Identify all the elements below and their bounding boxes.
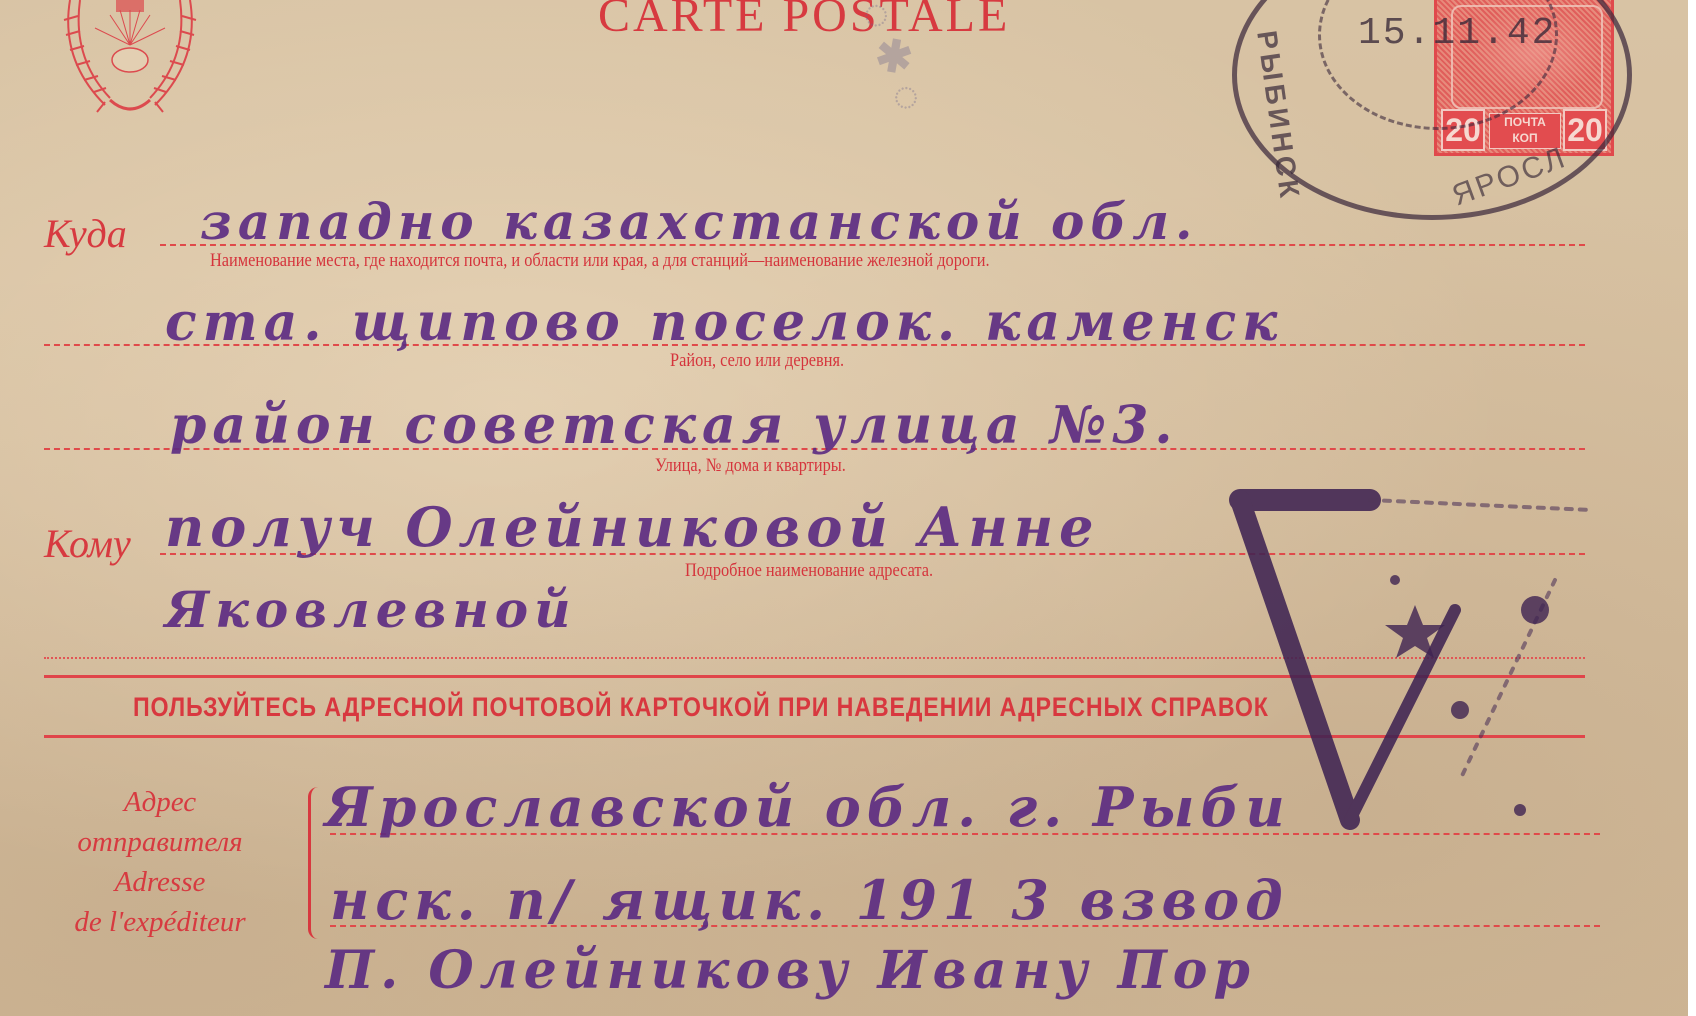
handwritten-line-4: получ Олейниковой Анне bbox=[165, 495, 1100, 559]
caption-line-4: Подробное наименование адресата. bbox=[685, 560, 933, 582]
sender-label: Адрес отправителя Adresse de l'expéditeu… bbox=[30, 782, 290, 942]
sender-label-fr-2: de l'expéditeur bbox=[30, 902, 290, 942]
handwritten-line-2: ста. щипово поселок. каменск bbox=[165, 292, 1283, 353]
sender-handwritten-1: Ярославской обл. г. Рыби bbox=[325, 775, 1291, 839]
banner-text: ПОЛЬЗУЙТЕСЬ АДРЕСНОЙ ПОЧТОВОЙ КАРТОЧКОЙ … bbox=[133, 692, 1269, 723]
sender-brace bbox=[308, 787, 325, 939]
handwritten-line-5: Яковлевной bbox=[165, 580, 577, 639]
sender-label-ru-2: отправителя bbox=[30, 822, 290, 862]
ussr-coat-of-arms-icon bbox=[50, 0, 210, 130]
handwritten-line-1: западно казахстанской обл. bbox=[200, 192, 1198, 251]
triangle-censor-stamp-icon bbox=[1220, 480, 1600, 840]
sender-handwritten-3: П. Олейникову Ивану Пор bbox=[325, 940, 1256, 1001]
postmark-date: 15.11.42 bbox=[1358, 12, 1556, 55]
sender-label-fr-1: Adresse bbox=[30, 862, 290, 902]
handwritten-line-3: район советская улица №3. bbox=[170, 395, 1179, 456]
caption-line-2: Район, село или деревня. bbox=[670, 350, 844, 372]
whom-label: Кому bbox=[44, 520, 131, 567]
caption-line-1: Наименование места, где находится почта,… bbox=[210, 250, 990, 272]
where-label: Куда bbox=[44, 210, 127, 257]
caption-line-3: Улица, № дома и квартиры. bbox=[655, 455, 846, 477]
sender-handwritten-2: нск. п/ ящик. 191 3 взвод bbox=[330, 868, 1289, 932]
sender-label-ru-1: Адрес bbox=[30, 782, 290, 822]
postcard: CARTE POSTALE ◌ ✱ ◌ 20 ПОЧТА КОП 20 15.1… bbox=[0, 0, 1688, 1016]
